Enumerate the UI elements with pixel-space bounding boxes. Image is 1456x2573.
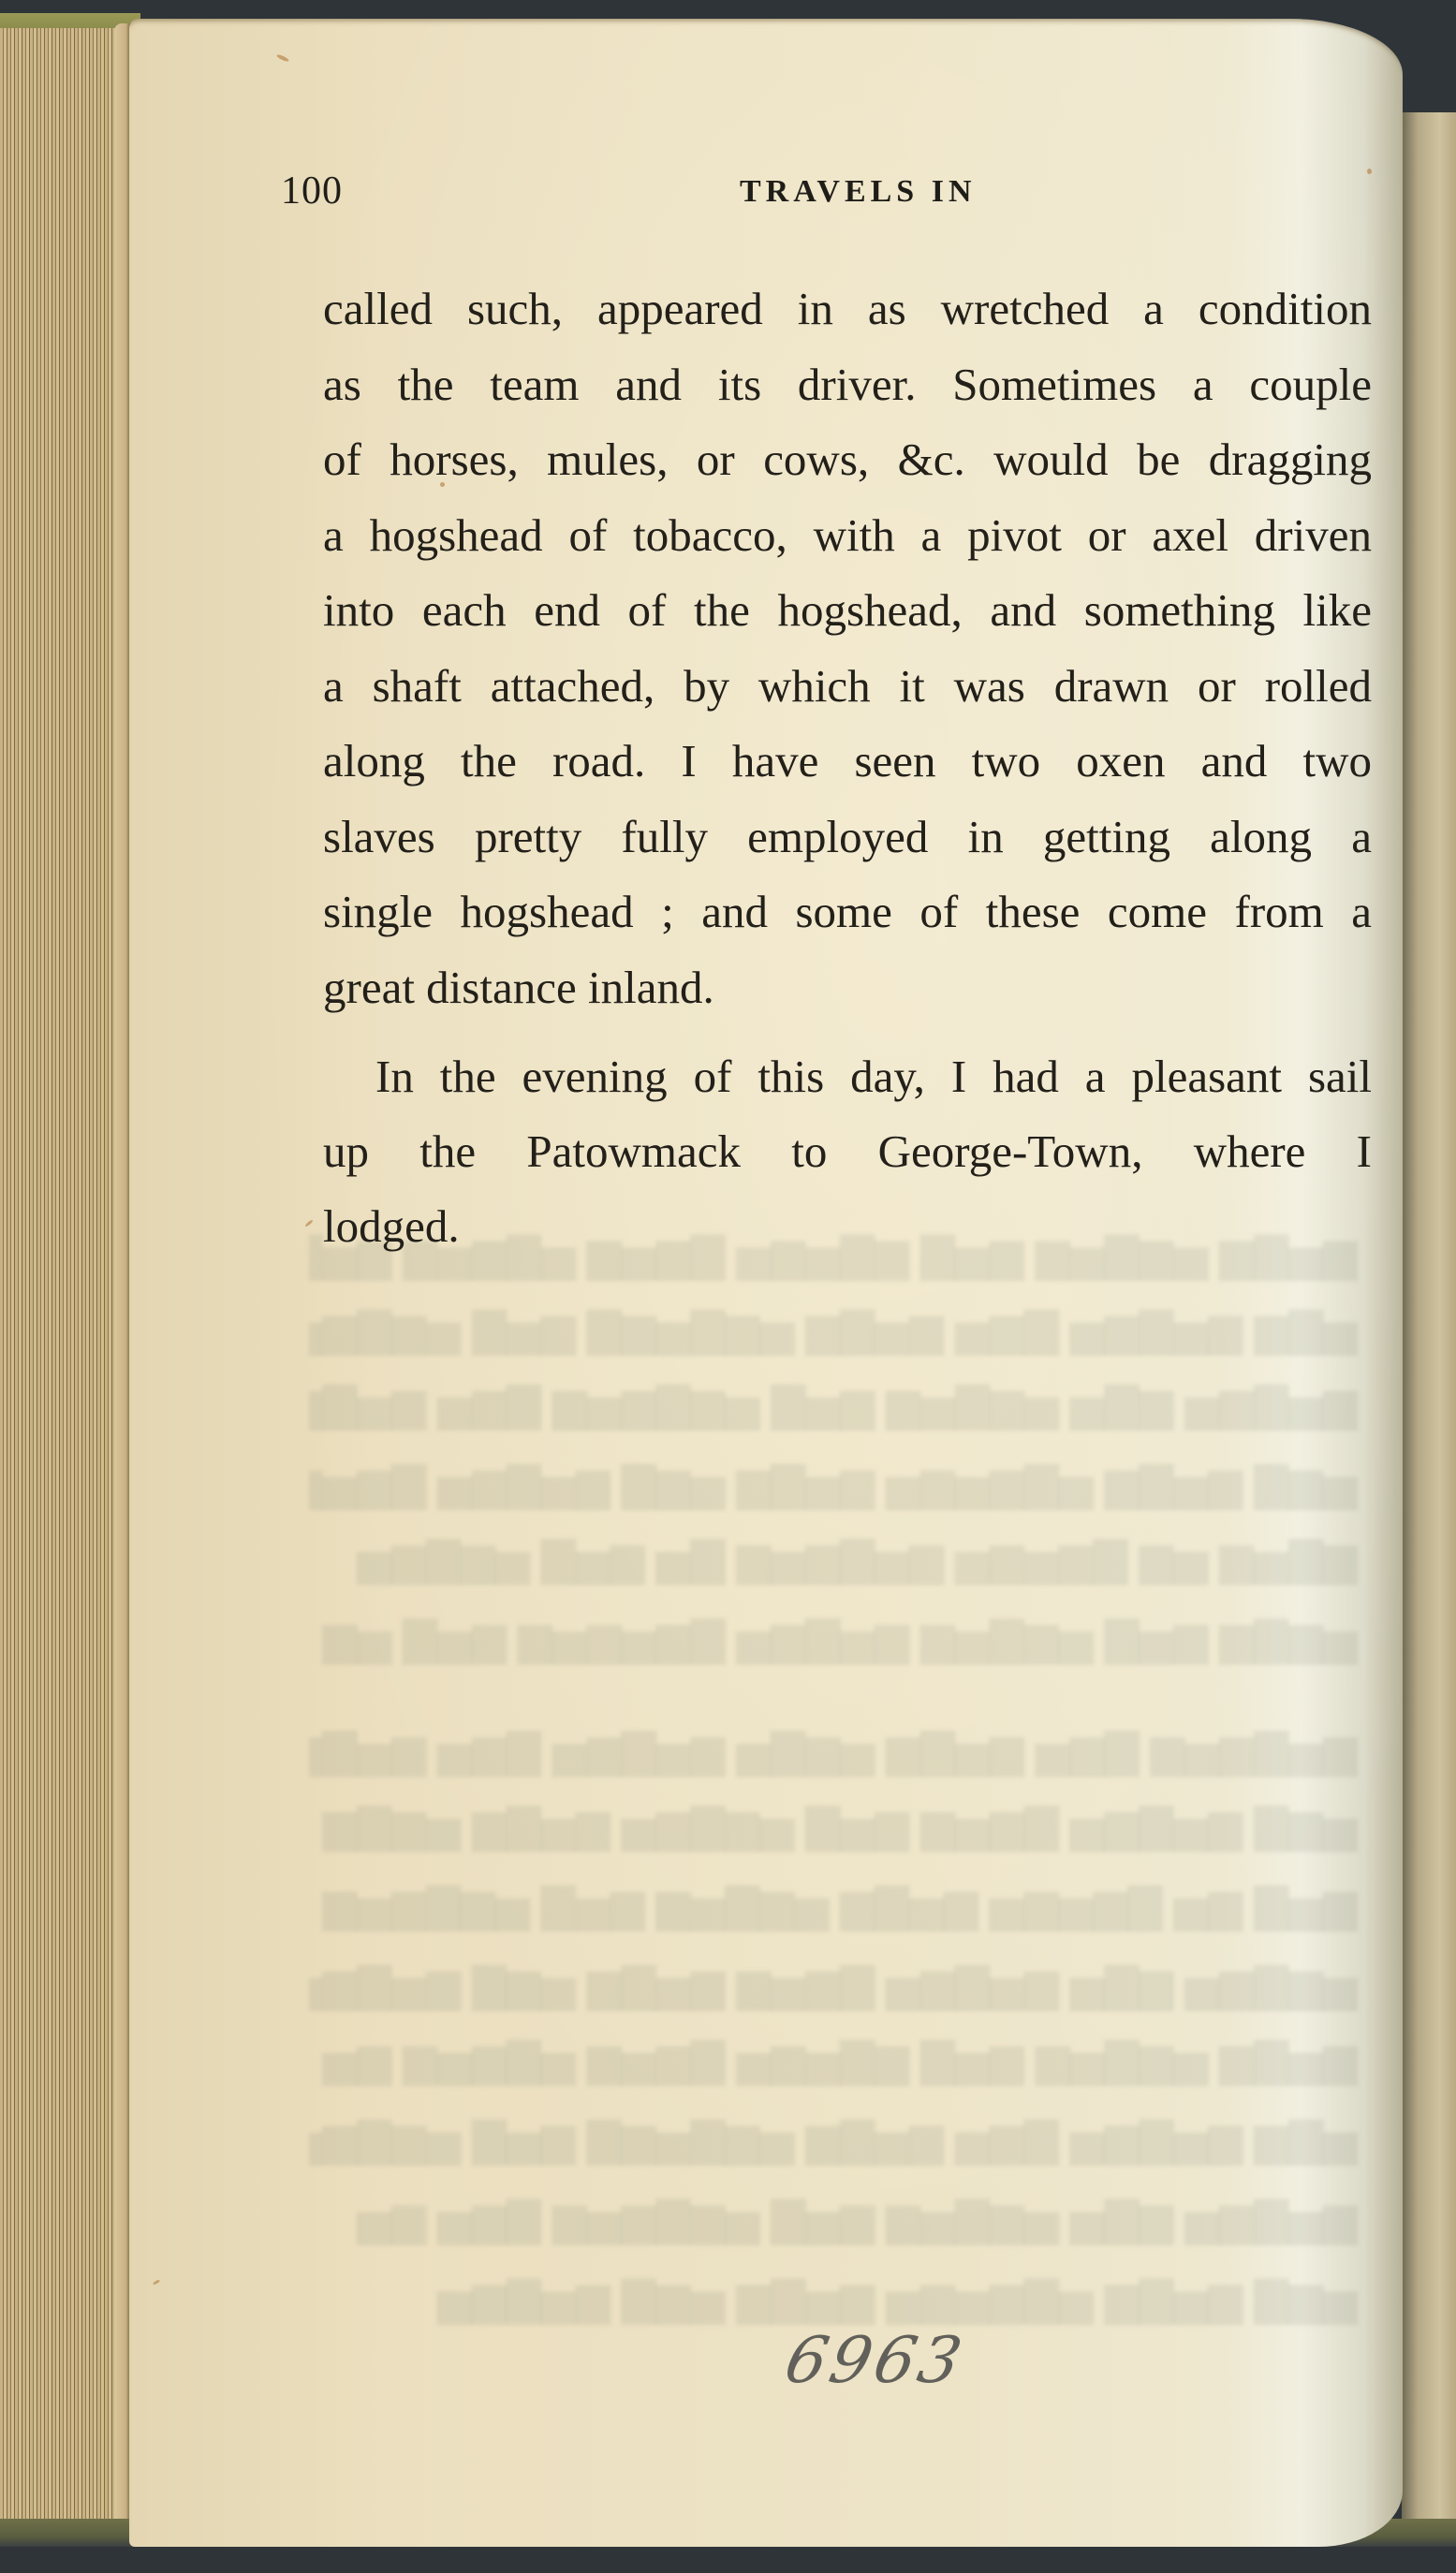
text-line: as the team and its driver. Sometimes a … [323,347,1372,423]
show-through-texture: ▅▆▇ ▆▅▇▆▅ ▇▆▅▆ ▆▅▇ ▅▆▇▆▅ ▆▅▇▆ ▅▆▇▆ [309,1788,1358,1865]
text-line: In the evening of this day, I had a plea… [323,1039,1372,1114]
show-through-texture: ▆▅▇▆▅ ▆▇▅ ▅▆▇▅▆ ▆▅▇ ▅▆▇▆▅▆ ▇▆▅ ▆▅ [309,2182,1358,2258]
text-line: slaves pretty fully employed in getting … [323,800,1372,875]
text-line: into each end of the hogshead, and somet… [323,573,1372,649]
show-through-texture: ▆▅▇▆ ▅▆▇▅▆ ▆▅▇ ▆▇▅▆▅ ▇▆▅▆ ▅▇▆▅▆ ▆▅ [309,2022,1358,2099]
text-line: great distance inland. [323,950,1400,1026]
show-through-texture: ▆▅▇▆▅▆ ▇▆▅ ▆▅▇▆ ▅▆▇▅ ▆▅▇▆▅ ▇▆▅ ▆▅▇▆ [309,1713,1358,1790]
show-through-texture: ▅▇▆ ▆▅▇▆▅ ▇▆▅ ▆▅▇▆ ▅▆▇▅▆▇ ▆▅▇ ▅▆▇▆▅ [309,2102,1358,2179]
text-line: along the road. I have seen two oxen and… [323,724,1372,800]
text-line: lodged. [323,1189,1400,1264]
text-line: a shaft attached, by which it was drawn … [323,649,1372,725]
running-head: TRAVELS IN [740,174,977,210]
handwritten-catalog-number: 6963 [779,2324,972,2398]
show-through-texture: ▅▆▇▆▅ ▆▇▅ ▆▅▇▆▅ ▇▆▅▆ ▆▅▇▆ ▅▆▇ ▆▅▇▆▅ [309,1948,1358,2024]
page-number: 100 [281,169,343,213]
paper-speck [1367,169,1372,174]
book-scan: ▆▅▇▆ ▅▆▇▅▆ ▆▅▇ ▆▇▅▆▅ ▇▆▅▆ ▅▇▆▅▆ ▆▅▇▆ ▅▇▆… [0,0,1456,2573]
text-line: called such, appeared in as wretched a c… [323,272,1372,347]
text-line: up the Patowmack to George-Town, where I [323,1114,1372,1189]
paragraph-1: called such, appeared in as wretched a c… [323,272,1400,1025]
text-line: of horses, mules, or cows, &c. would be … [323,422,1372,498]
text-line: a hogshead of tobacco, with a pivot or a… [323,498,1372,574]
show-through-texture: ▆▇▅▆ ▅▆ ▇▆▅▆▅ ▆▅▇▆▅▆ ▇▅ ▆▅▇ ▅▆▇▆▅ [309,1522,1358,1598]
paragraph-2: In the evening of this day, I had a plea… [323,1039,1400,1264]
show-through-texture: ▅▆▇ ▆▅▇▆ ▅▇▆▅▆▅ ▆▅▇▆ ▅▆▇ ▆▅▇▆▅ ▇▆▅▆▅ [309,1447,1358,1523]
show-through-texture: ▅▆▇▆ ▆▅▇ ▅▆▇▅▆ ▆▅▇▆▅ ▇▆▅▆▅▆ ▆▅▇ ▅▆ [309,1601,1358,1678]
page-edges-stack [0,28,124,2537]
show-through-texture: ▅▇▆ ▆▅▇▆▅ ▇▆▅ ▆▅▇▆ ▅▆▇▅▆▇ ▆▅▇ ▅▆▇▆▅ [309,1292,1358,1369]
show-through-texture: ▆▅▇▆▅ ▆▇▅ ▅▆▇▅▆ ▆▅▇ ▅▆▇▆▅▆ ▇▆▅ ▆▅▇▆ [309,1367,1358,1444]
book-gutter [1402,112,1456,2528]
text-line: single hogshead ; and some of these come… [323,875,1372,950]
show-through-texture: ▆▅▇ ▆▅ ▇▆▅▆▅ ▆▅▇▆ ▅▆▇▅▆ ▆▅▇ ▅▆▇▆▅▆ [309,1868,1358,1945]
